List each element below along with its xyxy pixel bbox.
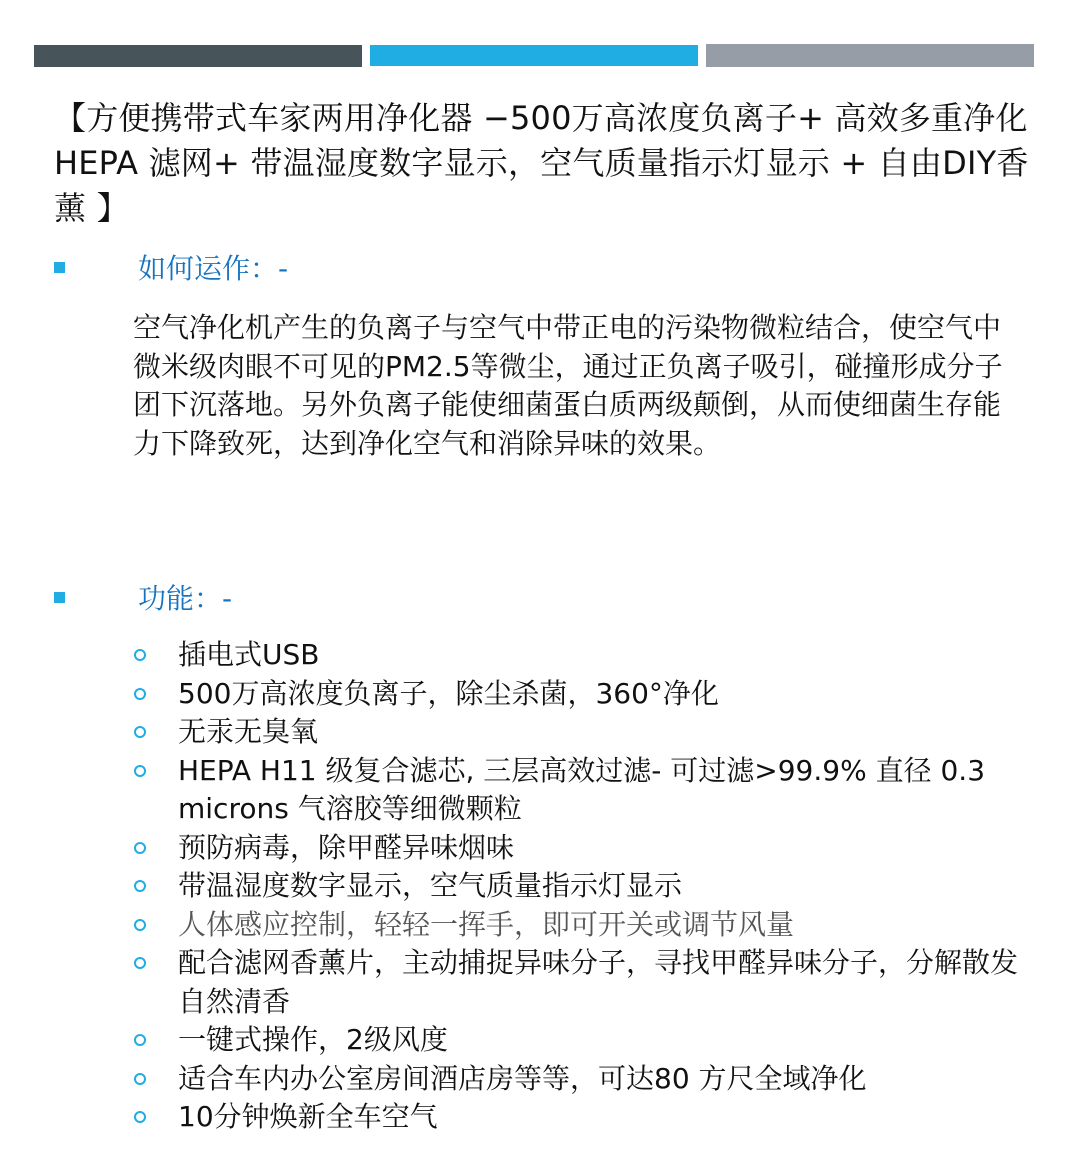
circle-bullet-icon — [134, 1073, 146, 1085]
list-item: 无汞无臭氧 — [130, 713, 1030, 752]
circle-bullet-icon — [134, 688, 146, 700]
list-item: 配合滤网香薰片，主动捕捉异味分子，寻找甲醛异味分子，分解散发自然清香 — [130, 944, 1030, 1021]
circle-bullet-icon — [134, 919, 146, 931]
list-item: 适合车内办公室房间酒店房等等，可达80 方尺全域净化 — [130, 1060, 1030, 1099]
list-item: 插电式USB — [130, 636, 1030, 675]
circle-bullet-icon — [134, 1111, 146, 1123]
how-it-works-paragraph: 空气净化机产生的负离子与空气中带正电的污染物微粒结合，使空气中微米级肉眼不可见的… — [133, 309, 1013, 463]
circle-bullet-icon — [134, 726, 146, 738]
header-bar-gray — [706, 44, 1034, 67]
list-item: HEPA H11 级复合滤芯, 三层高效过滤- 可过滤>99.9% 直径 0.3… — [130, 752, 1030, 829]
section-heading-label: 功能：- — [138, 577, 232, 617]
header-bar-blue — [370, 45, 698, 66]
header-bar-dark — [34, 45, 362, 67]
section-how-it-works-heading: 如何运作：- — [54, 247, 65, 287]
circle-bullet-icon — [134, 765, 146, 777]
list-item: 带温湿度数字显示，空气质量指示灯显示 — [130, 867, 1030, 906]
features-list: 插电式USB 500万高浓度负离子，除尘杀菌，360°净化 无汞无臭氧 HEPA… — [130, 636, 1030, 1137]
square-bullet-icon — [54, 262, 65, 273]
list-item: 预防病毒，除甲醛异味烟味 — [130, 829, 1030, 868]
circle-bullet-icon — [134, 880, 146, 892]
section-features-heading: 功能：- — [54, 577, 65, 617]
list-item: 10分钟焕新全车空气 — [130, 1098, 1030, 1137]
list-item: 一键式操作，2级风度 — [130, 1021, 1030, 1060]
circle-bullet-icon — [134, 957, 146, 969]
circle-bullet-icon — [134, 842, 146, 854]
section-heading-label: 如何运作：- — [138, 247, 288, 287]
circle-bullet-icon — [134, 1034, 146, 1046]
list-item: 500万高浓度负离子，除尘杀菌，360°净化 — [130, 675, 1030, 714]
page-title: 【方便携带式车家两用净化器 −500万高浓度负离子+ 高效多重净化 HEPA 滤… — [54, 96, 1044, 231]
circle-bullet-icon — [134, 649, 146, 661]
square-bullet-icon — [54, 592, 65, 603]
list-item: 人体感应控制，轻轻一挥手，即可开关或调节风量 — [130, 906, 1030, 945]
